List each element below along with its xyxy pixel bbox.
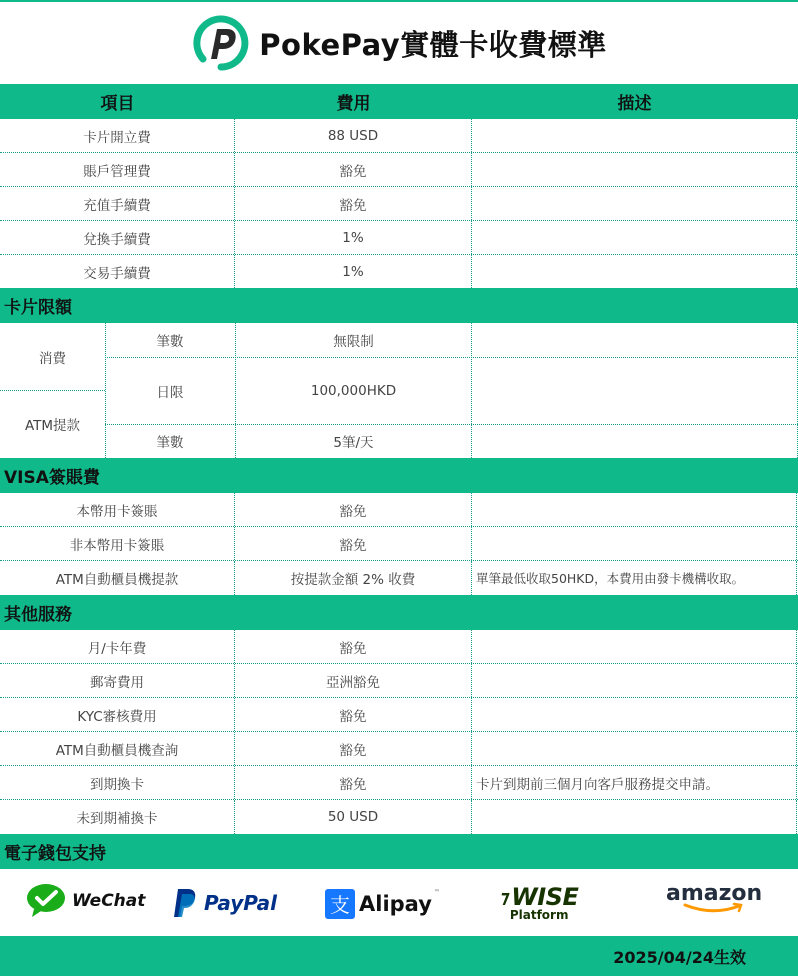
table-row: KYC審核費用 豁免 [0,698,798,732]
wise-platform-label: Platform [510,908,569,922]
wise-label: WISE [511,883,578,911]
desc-cell [472,187,797,220]
wallet-amazon: amazon [666,881,762,914]
desc-cell [472,800,797,834]
fee-cell: 豁免 [235,732,472,765]
header-description: 描述 [472,84,797,119]
alipay-icon: 支 [325,889,355,919]
table-row: 非本幣用卡簽賬 豁免 [0,527,798,561]
section-e-wallets: 電子錢包支持 [0,834,798,869]
limit-value: 100,000HKD [235,357,472,424]
title-area: PokePay實體卡收費標準 [0,2,798,84]
paypal-icon [174,889,196,917]
fee-cell: 豁免 [235,698,472,731]
table-row: 卡片開立費 88 USD [0,119,798,153]
item-cell: ATM自動櫃員機查詢 [0,732,235,765]
table-row: 到期換卡 豁免 卡片到期前三個月向客戶服務提交申請。 [0,766,798,800]
svg-text:支: 支 [330,893,350,917]
wechat-icon [26,883,66,919]
table-row: 本幣用卡簽賬 豁免 [0,493,798,527]
desc-cell [472,119,797,152]
fee-cell: 88 USD [235,119,472,152]
item-cell: 非本幣用卡簽賬 [0,527,235,560]
item-cell: 未到期補換卡 [0,800,235,834]
fee-cell: 1% [235,221,472,254]
wallet-alipay: 支 Alipay ™ [325,889,440,919]
divider [105,323,106,458]
table-row: 兌換手續費 1% [0,221,798,255]
alipay-label: Alipay [359,892,432,916]
desc-cell [472,255,797,288]
table-row: ATM自動櫃員機查詢 豁免 [0,732,798,766]
divider [235,323,236,458]
desc-cell [472,630,797,663]
footer-bar: 2025/04/24生效 [0,936,798,976]
desc-cell: 單筆最低收取50HKD，本費用由發卡機構收取。 [472,561,797,595]
table-row: 月/卡年費 豁免 [0,630,798,664]
card-limits-table: 消費 ATM提款 筆數 無限制 日限 100,000HKD 筆數 5筆/天 [0,323,798,458]
spending-label: 消費 [0,323,105,390]
wise-icon: ⁊ [500,887,509,908]
desc-cell [472,698,797,731]
section-other-services: 其他服務 [0,595,798,630]
page-title: PokePay實體卡收費標準 [259,23,606,64]
section-visa-fees: VISA簽賬費 [0,458,798,493]
item-cell: KYC審核費用 [0,698,235,731]
desc-cell: 卡片到期前三個月向客戶服務提交申請。 [472,766,797,799]
pokepay-logo-icon [191,15,251,71]
fee-cell: 豁免 [235,766,472,799]
desc-cell [472,732,797,765]
limit-value: 無限制 [235,323,472,357]
table-row: 賬戶管理費 豁免 [0,153,798,187]
amazon-icon [679,902,749,914]
item-cell: 賬戶管理費 [0,153,235,186]
table-header: 項目 費用 描述 [0,84,798,119]
table-row: ATM自動櫃員機提款 按提款金額 2% 收費 單筆最低收取50HKD，本費用由發… [0,561,798,595]
item-cell: 卡片開立費 [0,119,235,152]
table-row: 郵寄費用 亞洲豁免 [0,664,798,698]
table-row: 未到期補換卡 50 USD [0,800,798,834]
limit-sub-label: 筆數 [105,424,235,458]
item-cell: 到期換卡 [0,766,235,799]
item-cell: 交易手續費 [0,255,235,288]
table-row: 交易手續費 1% [0,255,798,288]
wallet-paypal: PayPal [174,889,277,917]
divider [105,424,798,425]
header-fee: 費用 [235,84,472,119]
header-item: 項目 [0,84,235,119]
item-cell: 兌換手續費 [0,221,235,254]
section-card-limits: 卡片限額 [0,288,798,323]
desc-cell [472,664,797,697]
table-row: 充值手續費 豁免 [0,187,798,221]
divider [105,357,798,358]
fee-cell: 豁免 [235,527,472,560]
fee-cell: 亞洲豁免 [235,664,472,697]
item-cell: 月/卡年費 [0,630,235,663]
wallet-wise: ⁊ WISE Platform [500,883,578,922]
fee-cell: 豁免 [235,493,472,526]
divider [471,323,472,458]
desc-cell [472,153,797,186]
atm-withdrawal-label: ATM提款 [0,390,105,458]
fee-cell: 豁免 [235,630,472,663]
item-cell: 郵寄費用 [0,664,235,697]
fee-cell: 50 USD [235,800,472,834]
divider [0,390,105,391]
paypal-label: PayPal [204,891,277,915]
effective-date: 2025/04/24生效 [613,945,746,968]
desc-cell [472,527,797,560]
item-cell: ATM自動櫃員機提款 [0,561,235,595]
limit-value: 5筆/天 [235,424,472,458]
fee-cell: 1% [235,255,472,288]
limit-sub-label: 日限 [105,357,235,424]
wallet-logos: WeChat PayPal 支 Alipay ™ ⁊ WISE Platform… [0,869,798,936]
trademark-mark: ™ [434,889,440,896]
fee-cell: 按提款金額 2% 收費 [235,561,472,595]
fee-cell: 豁免 [235,153,472,186]
wallet-wechat: WeChat [26,883,145,919]
limit-sub-label: 筆數 [105,323,235,357]
wechat-label: WeChat [72,891,145,911]
fee-cell: 豁免 [235,187,472,220]
item-cell: 本幣用卡簽賬 [0,493,235,526]
item-cell: 充值手續費 [0,187,235,220]
desc-cell [472,493,797,526]
desc-cell [472,221,797,254]
